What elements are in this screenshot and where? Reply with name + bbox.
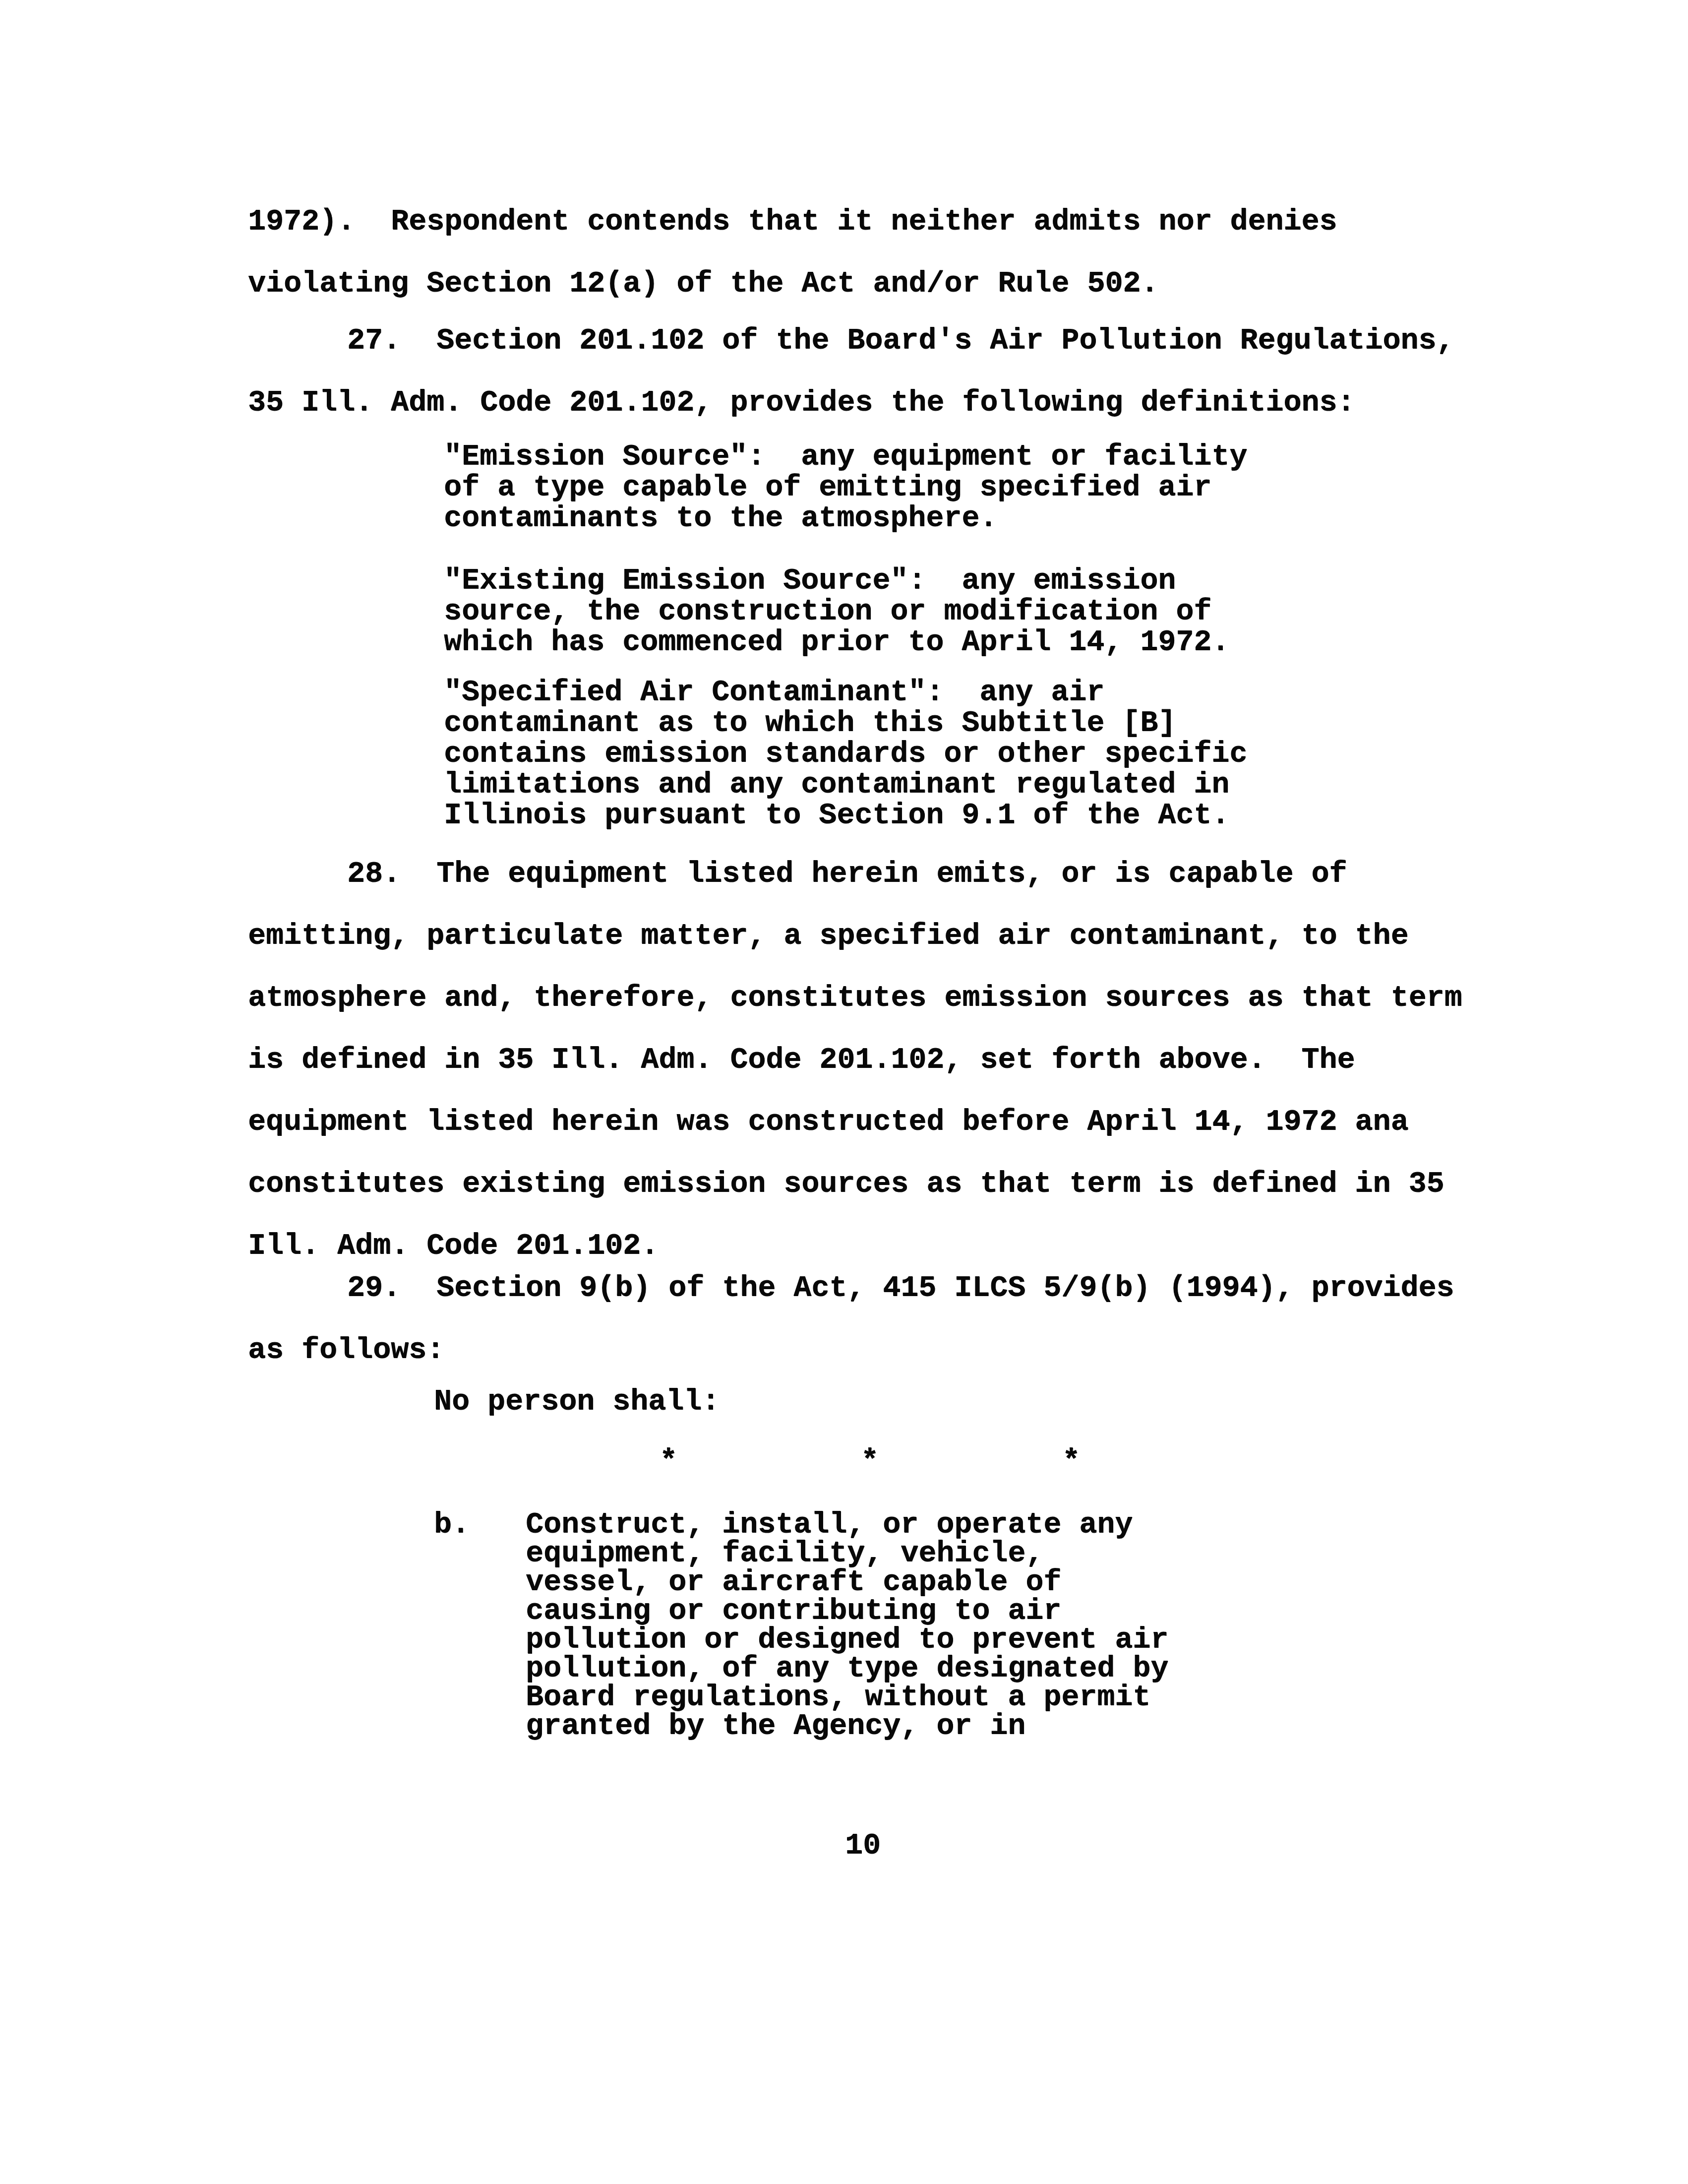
no-person-shall-line: No person shall: xyxy=(434,1386,720,1417)
text-line: source, the construction or modification… xyxy=(444,596,1229,627)
text-line: Construct, install, or operate any xyxy=(526,1510,1168,1539)
asterisk: * xyxy=(1062,1446,1080,1477)
text-line: vessel, or aircraft capable of xyxy=(526,1568,1168,1597)
text-line: equipment, facility, vehicle, xyxy=(526,1539,1168,1568)
page-number-text: 10 xyxy=(248,1830,1478,1861)
text-line: granted by the Agency, or in xyxy=(526,1712,1168,1741)
document-page: 1972). Respondent contends that it neith… xyxy=(0,0,1688,2184)
item-b-label: b. xyxy=(434,1510,470,1539)
text-line: equipment listed herein was constructed … xyxy=(248,1091,1462,1153)
text-line: "Emission Source": any equipment or faci… xyxy=(444,441,1247,472)
definition-specified-air-contaminant: "Specified Air Contaminant": any air con… xyxy=(444,677,1247,831)
definition-existing-emission-source: "Existing Emission Source": any emission… xyxy=(444,565,1229,658)
text-line: No person shall: xyxy=(434,1386,720,1417)
text-line: as follows: xyxy=(248,1319,1454,1381)
text-line: constitutes existing emission sources as… xyxy=(248,1153,1462,1215)
text-line: emitting, particulate matter, a specifie… xyxy=(248,905,1462,967)
text-line: "Existing Emission Source": any emission xyxy=(444,565,1229,596)
text-line: of a type capable of emitting specified … xyxy=(444,472,1247,503)
text-line: 28. The equipment listed herein emits, o… xyxy=(347,843,1462,905)
text-line: contaminant as to which this Subtitle [B… xyxy=(444,708,1247,739)
text-line: 27. Section 201.102 of the Board's Air P… xyxy=(347,310,1454,372)
paragraph-28: 28. The equipment listed herein emits, o… xyxy=(248,843,1462,1277)
text-line: violating Section 12(a) of the Act and/o… xyxy=(248,253,1337,315)
text-line: pollution or designed to prevent air xyxy=(526,1625,1168,1654)
paragraph-27: 27. Section 201.102 of the Board's Air P… xyxy=(248,310,1454,434)
text-line: causing or contributing to air xyxy=(526,1597,1168,1625)
list-item-label: b. xyxy=(434,1510,470,1539)
text-line: contains emission standards or other spe… xyxy=(444,739,1247,769)
text-line: pollution, of any type designated by xyxy=(526,1654,1168,1683)
page-number: 10 xyxy=(248,1830,1478,1861)
text-line: 35 Ill. Adm. Code 201.102, provides the … xyxy=(248,372,1454,434)
text-line: 1972). Respondent contends that it neith… xyxy=(248,191,1337,253)
definition-emission-source: "Emission Source": any equipment or faci… xyxy=(444,441,1247,534)
asterisk-separator: * * * xyxy=(660,1446,1080,1477)
asterisk: * xyxy=(660,1446,677,1477)
paragraph-29: 29. Section 9(b) of the Act, 415 ILCS 5/… xyxy=(248,1257,1454,1381)
asterisk: * xyxy=(861,1446,879,1477)
intro-paragraph: 1972). Respondent contends that it neith… xyxy=(248,191,1337,315)
text-line: atmosphere and, therefore, constitutes e… xyxy=(248,967,1462,1029)
text-line: contaminants to the atmosphere. xyxy=(444,503,1247,534)
text-line: is defined in 35 Ill. Adm. Code 201.102,… xyxy=(248,1029,1462,1091)
text-line: Board regulations, without a permit xyxy=(526,1683,1168,1712)
item-b-text: Construct, install, or operate any equip… xyxy=(526,1510,1168,1741)
text-line: Illinois pursuant to Section 9.1 of the … xyxy=(444,800,1247,831)
text-line: which has commenced prior to April 14, 1… xyxy=(444,627,1229,658)
text-line: 29. Section 9(b) of the Act, 415 ILCS 5/… xyxy=(347,1257,1454,1319)
text-line: "Specified Air Contaminant": any air xyxy=(444,677,1247,708)
text-line: limitations and any contaminant regulate… xyxy=(444,769,1247,800)
